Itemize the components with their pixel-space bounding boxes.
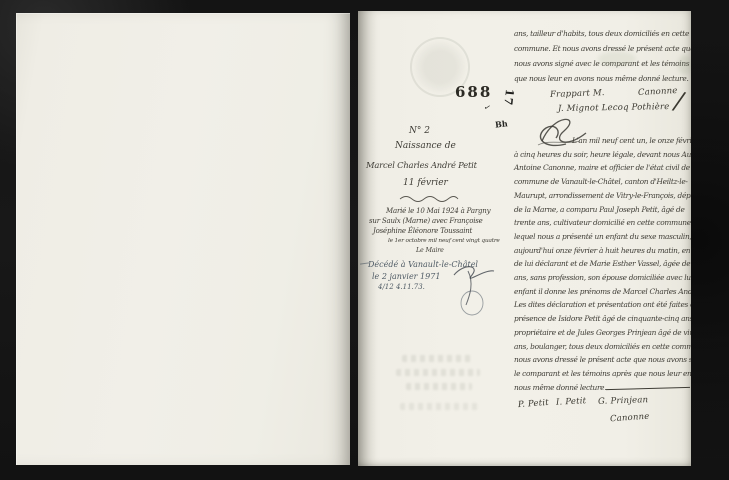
act-text-line: de la Marne, a comparu Paul Joseph Petit… [514, 205, 685, 214]
initial-mark: Bh [495, 118, 509, 129]
act-text-line: le comparant et les témoins après que no… [514, 369, 691, 378]
witness-signature: I. Petit [556, 396, 587, 408]
greffier-signature [450, 261, 498, 317]
marriage-note-line: sur Saulx (Marne) avec Françoise [369, 217, 483, 225]
act-text-line: Les dites déclaration et présentation on… [514, 300, 691, 309]
folio-stamp: 17 [501, 88, 516, 107]
act-child-name: Marcel Charles André Petit [366, 160, 477, 170]
act-text-line: ans, tailleur d'habits, tous deux domici… [514, 29, 689, 38]
act-text-line: aujourd'hui onze février à huit heures d… [514, 246, 691, 255]
marriage-note-line: Marié le 10 Mai 1924 à Pargny [386, 207, 490, 215]
mayor-signature: Canonne [638, 86, 678, 98]
act-text-line: ans, sans profession, son épouse domicil… [514, 273, 691, 282]
right-page: 688 17 Bh ✓ ans, tailleur d'habits, tous… [358, 11, 691, 466]
act-number: N° 2 [409, 126, 430, 136]
act-text-line: ans, boulanger, tous deux domiciliés en … [514, 342, 691, 351]
witness-signature: Frappart M. [550, 88, 605, 100]
act-text-line: commune. Et nous avons dressé le présent… [514, 44, 691, 53]
act-text-line: de lui déclarant et de Marie Esther Vass… [514, 259, 691, 268]
page-number: 688 [455, 83, 492, 101]
opening-flourish [532, 124, 572, 150]
marriage-note-line: le 1er octobre mil neuf cent vingt quatr… [388, 238, 500, 244]
check-mark: ✓ [483, 102, 492, 113]
marriage-note-line: Joséphine Éléonore Toussaint [373, 227, 472, 235]
act-date: 11 février [403, 178, 448, 188]
act-text-line: à cinq heures du soir, heure légale, dev… [514, 150, 691, 159]
act-text-line: Antoine Canonne, maire et officier de l'… [514, 163, 691, 172]
witness-signature: G. Prinjean [598, 395, 649, 407]
declarant-signature: P. Petit [518, 398, 550, 410]
act-text-line: L'an mil neuf cent un, le onze février [572, 136, 691, 145]
closing-rule [606, 387, 690, 390]
death-note-line: le 2 janvier 1971 [372, 272, 440, 281]
act-text-line: nous même donné lecture. [514, 383, 606, 392]
underline-squiggle [398, 195, 462, 203]
bleed-through-mark [402, 355, 474, 362]
act-text-line: que nous leur en avons nous même donné l… [514, 74, 689, 83]
act-text-line: Maurupt, arrondissement de Vitry-le-Fran… [514, 191, 691, 200]
bleed-through-mark [400, 403, 478, 410]
act-text-line: trente ans, cultivateur domicilié en cet… [514, 218, 691, 227]
act-text-line: lequel nous a présenté un enfant du sexe… [514, 232, 691, 241]
left-page-blank [16, 13, 350, 465]
marriage-note-line: Le Maire [416, 246, 444, 254]
act-text-line: nous avons dressé le présent acte que no… [514, 355, 691, 364]
act-text-line: commune de Vanault-le-Châtel, canton d'H… [514, 177, 688, 186]
scanned-register-spread: 688 17 Bh ✓ ans, tailleur d'habits, tous… [0, 0, 729, 480]
stamp-bleed-smudge [598, 51, 636, 67]
act-text-line: propriétaire et de Jules Georges Prinjea… [514, 328, 691, 337]
stamp-bleed-smudge [678, 55, 691, 75]
bleed-through-mark [406, 383, 472, 390]
mayor-signature: Canonne [610, 412, 650, 425]
act-text-line: présence de Isidore Petit âgé de cinquan… [514, 314, 691, 323]
act-text-line: enfant il donne les prénoms de Marcel Ch… [514, 287, 691, 296]
act-title: Naissance de [395, 141, 456, 151]
death-note-line: 4/12 4.11.73. [378, 283, 425, 291]
bleed-through-mark [396, 369, 480, 376]
